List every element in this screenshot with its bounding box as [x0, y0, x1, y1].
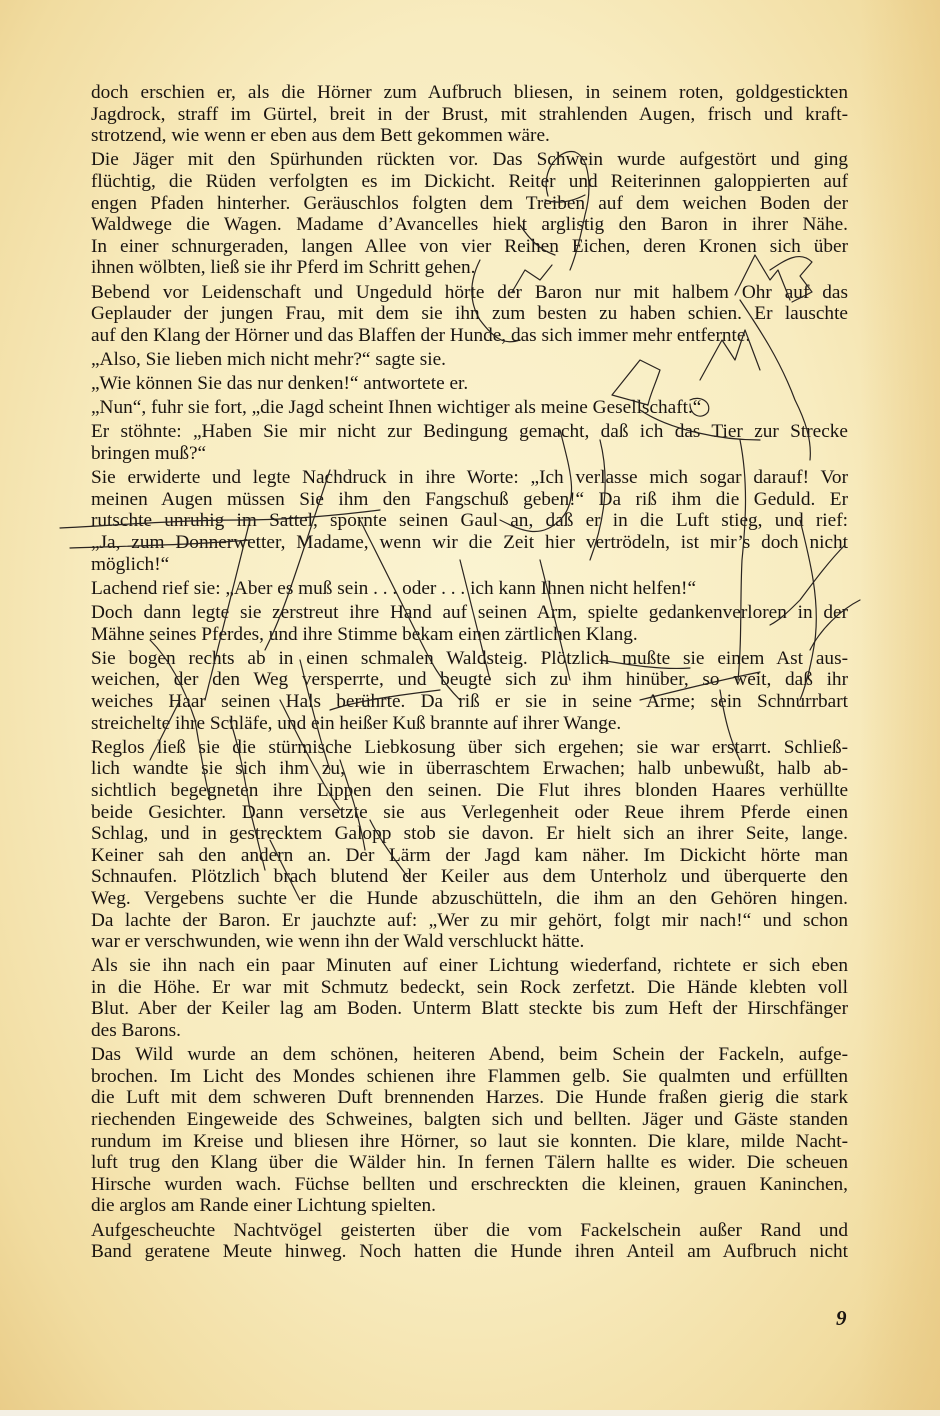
page-number: 9: [836, 1306, 847, 1331]
text-line: weichen, der den Weg versperrte, und beu…: [91, 669, 848, 691]
text-line: auf den Klang der Hörner und das Blaffen…: [91, 325, 848, 347]
paragraph: Die Jäger mit den Spürhunden rückten vor…: [91, 149, 848, 279]
text-line: Keiner sah den andern an. Der Lärm der J…: [91, 845, 848, 867]
text-line: doch erschien er, als die Hörner zum Auf…: [91, 82, 848, 104]
text-line: Geplauder der jungen Frau, mit dem sie i…: [91, 303, 848, 325]
text-line: Jagdrock, straff im Gürtel, breit in der…: [91, 104, 848, 126]
text-line: Sie bogen rechts ab in einen schmalen Wa…: [91, 648, 848, 670]
paragraph: doch erschien er, als die Hörner zum Auf…: [91, 82, 848, 147]
text-line: rutschte unruhig im Sattel, spornte sein…: [91, 510, 848, 532]
text-line: Aufgescheuchte Nachtvögel geisterten übe…: [91, 1220, 848, 1242]
paragraph: Er stöhnte: „Haben Sie mir nicht zur Bed…: [91, 421, 848, 464]
text-line: beide Gesichter. Dann versetzte sie aus …: [91, 802, 848, 824]
paragraph: Reglos ließ sie die stürmische Liebkosun…: [91, 737, 848, 953]
text-line: Mähne seines Pferdes, und ihre Stimme be…: [91, 624, 848, 646]
text-line: engen Pfaden hinterher. Geräuschlos folg…: [91, 193, 848, 215]
text-line: in die Höhe. Er war mit Schmutz bedeckt,…: [91, 977, 848, 999]
paragraph: Das Wild wurde an dem schönen, heiteren …: [91, 1044, 848, 1217]
text-line: luft trug den Klang über die Wälder hin.…: [91, 1152, 848, 1174]
text-line: Er stöhnte: „Haben Sie mir nicht zur Bed…: [91, 421, 848, 443]
text-line: bringen muß?“: [91, 443, 848, 465]
text-line: die arglos am Rande einer Lichtung spiel…: [91, 1195, 848, 1217]
paragraph: Bebend vor Leidenschaft und Ungeduld hör…: [91, 282, 848, 347]
text-line: meinen Augen müssen Sie ihm den Fangschu…: [91, 489, 848, 511]
paragraph: Sie bogen rechts ab in einen schmalen Wa…: [91, 648, 848, 734]
paragraph: Sie erwiderte und legte Nachdruck in ihr…: [91, 467, 848, 575]
text-line: In einer schnurgeraden, langen Allee von…: [91, 236, 848, 258]
paragraph: Als sie ihn nach ein paar Minuten auf ei…: [91, 955, 848, 1041]
page-edge-shading: [860, 0, 940, 1416]
text-line: „Wie können Sie das nur denken!“ antwort…: [91, 373, 848, 395]
text-line: Weg. Vergebens suchte er die Hunde abzus…: [91, 888, 848, 910]
text-line: war er verschwunden, wie wenn ihn der Wa…: [91, 931, 848, 953]
text-line: Reglos ließ sie die stürmische Liebkosun…: [91, 737, 848, 759]
text-line: Lachend rief sie: „Aber es muß sein . . …: [91, 578, 848, 600]
text-line: weiches Haar seinen Hals berührte. Da ri…: [91, 691, 848, 713]
text-line: Da lachte der Baron. Er jauchzte auf: „W…: [91, 910, 848, 932]
text-line: Hirsche wurden wach. Füchse bellten und …: [91, 1174, 848, 1196]
text-line: Als sie ihn nach ein paar Minuten auf ei…: [91, 955, 848, 977]
text-line: Doch dann legte sie zerstreut ihre Hand …: [91, 602, 848, 624]
text-line: „Nun“, fuhr sie fort, „die Jagd scheint …: [91, 397, 848, 419]
paragraph: „Nun“, fuhr sie fort, „die Jagd scheint …: [91, 397, 848, 419]
text-line: Bebend vor Leidenschaft und Ungeduld hör…: [91, 282, 848, 304]
paragraph: „Wie können Sie das nur denken!“ antwort…: [91, 373, 848, 395]
text-line: brochen. Im Licht des Mondes schienen ih…: [91, 1066, 848, 1088]
text-line: streichelte ihre Schläfe, und ein heißer…: [91, 713, 848, 735]
text-line: sichtlich begegneten ihre Lippen den sei…: [91, 780, 848, 802]
text-line: des Barons.: [91, 1020, 848, 1042]
paragraph: Lachend rief sie: „Aber es muß sein . . …: [91, 578, 848, 600]
text-line: Waldwege die Wagen. Madame d’Avancelles …: [91, 214, 848, 236]
text-line: Blut. Aber der Keiler lag am Boden. Unte…: [91, 998, 848, 1020]
text-line: „Also, Sie lieben mich nicht mehr?“ sagt…: [91, 349, 848, 371]
text-line: Das Wild wurde an dem schönen, heiteren …: [91, 1044, 848, 1066]
scan-edge: [0, 1410, 940, 1416]
text-line: Schlag, und in gestrecktem Galopp stob s…: [91, 823, 848, 845]
text-line: Sie erwiderte und legte Nachdruck in ihr…: [91, 467, 848, 489]
text-line: flüchtig, die Rüden verfolgten es im Dic…: [91, 171, 848, 193]
text-line: lich wandte sie sich ihm zu, wie in über…: [91, 758, 848, 780]
text-line: Schnaufen. Plötzlich brach blutend der K…: [91, 866, 848, 888]
text-line: Band geratene Meute hinweg. Noch hatten …: [91, 1241, 848, 1263]
paragraph: Aufgescheuchte Nachtvögel geisterten übe…: [91, 1220, 848, 1263]
text-line: Die Jäger mit den Spürhunden rückten vor…: [91, 149, 848, 171]
text-line: strotzend, wie wenn er eben aus dem Bett…: [91, 125, 848, 147]
text-line: ihnen wölbten, ließ sie ihr Pferd im Sch…: [91, 257, 848, 279]
text-line: riechenden Eingeweide des Schweines, bal…: [91, 1109, 848, 1131]
body-text: doch erschien er, als die Hörner zum Auf…: [91, 82, 848, 1265]
text-line: möglich!“: [91, 554, 848, 576]
paragraph: Doch dann legte sie zerstreut ihre Hand …: [91, 602, 848, 645]
text-line: die Luft mit dem schweren Duft brennende…: [91, 1087, 848, 1109]
paragraph: „Also, Sie lieben mich nicht mehr?“ sagt…: [91, 349, 848, 371]
book-page: doch erschien er, als die Hörner zum Auf…: [0, 0, 940, 1416]
text-line: „Ja, zum Donnerwetter, Madame, wenn wir …: [91, 532, 848, 554]
text-line: rundum im Kreise und bliesen ihre Hörner…: [91, 1131, 848, 1153]
